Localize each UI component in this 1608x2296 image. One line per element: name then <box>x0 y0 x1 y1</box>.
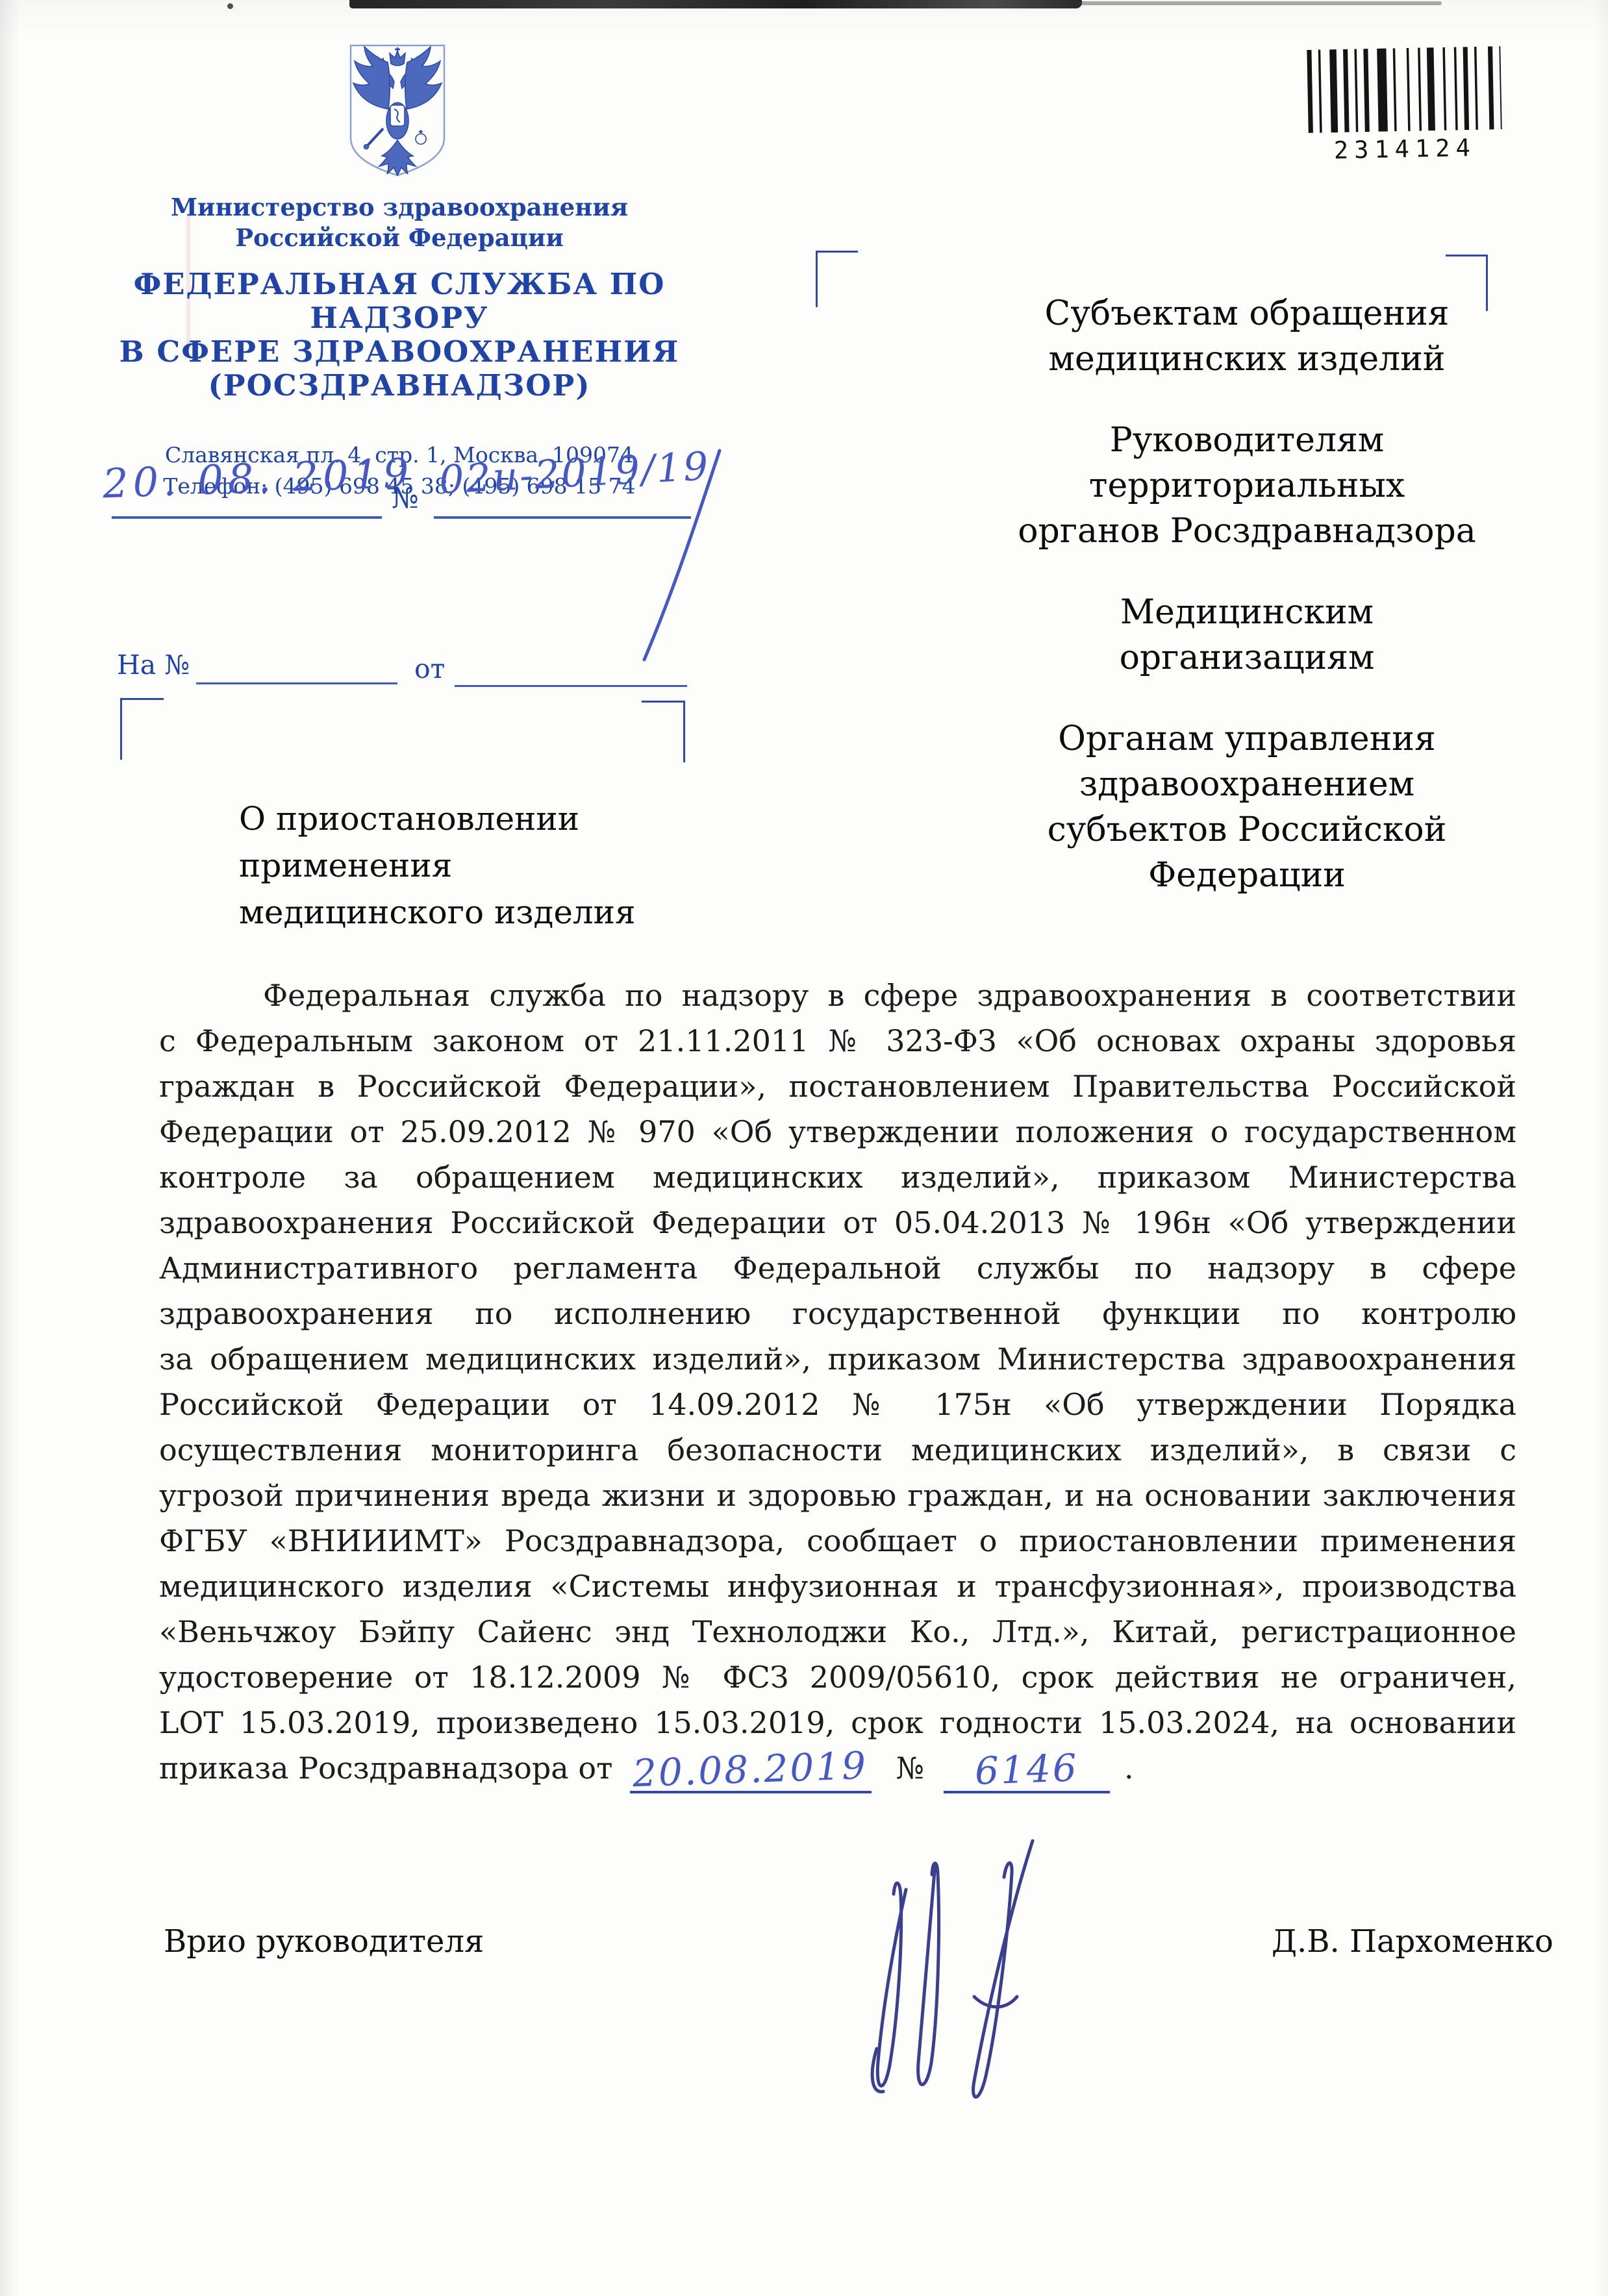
ministry-line: Министерство здравоохранения <box>97 192 701 223</box>
body-line: Федерации от 25.09.2012 № 970 «Об утверж… <box>159 1109 1516 1154</box>
scanned-letter-page: Министерство здравоохранения Российской … <box>0 0 1608 2296</box>
recipients-block: Субъектам обращения медицинских изделий … <box>961 291 1533 934</box>
subject-corner-mark-left <box>120 698 164 760</box>
recipient-group: Субъектам обращения медицинских изделий <box>961 291 1533 382</box>
ministry-line: Российской Федерации <box>97 223 701 253</box>
service-name-line: В СФЕРЕ ЗДРАВООХРАНЕНИЯ <box>97 335 701 369</box>
handwritten-order-date: 20.08.2019 <box>633 1747 869 1793</box>
handwritten-order-number-field: 6146 <box>944 1745 1110 1793</box>
subject-corner-mark-right <box>642 701 685 762</box>
recipient-line: Федерации <box>961 853 1533 898</box>
service-name-line: (РОСЗДРАВНАДЗОР) <box>97 369 701 403</box>
reply-from-label: от <box>414 653 445 684</box>
number-underline <box>434 516 691 519</box>
body-line: медицинского изделия «Системы инфузионна… <box>159 1564 1516 1609</box>
scan-artifact-band <box>349 0 1082 8</box>
recipient-line: территориальных <box>961 463 1533 508</box>
body-line: осуществления мониторинга безопасности м… <box>159 1427 1516 1473</box>
body-line: Административного регламента Федеральной… <box>159 1245 1516 1291</box>
reply-number-underline <box>196 682 397 684</box>
date-underline <box>112 516 382 519</box>
recipient-line: Руководителям <box>961 418 1533 463</box>
handwritten-order-date-field: 20.08.2019 <box>630 1745 872 1793</box>
body-paragraph: Федеральная служба по надзору в сфере зд… <box>159 973 1516 1793</box>
number-sign: № <box>392 482 419 515</box>
signer-name: Д.В. Пархоменко <box>1272 1923 1553 1960</box>
body-line: граждан в Российской Федерации», постано… <box>159 1064 1516 1109</box>
scan-speck <box>227 3 233 9</box>
reply-to-label: На № <box>117 649 190 680</box>
recipient-line: здравоохранением <box>961 762 1533 807</box>
recipient-group: Органам управления здравоохранением субъ… <box>961 716 1533 898</box>
recipient-line: органов Росздравнадзора <box>961 508 1533 554</box>
body-line: Федеральная служба по надзору в сфере зд… <box>159 973 1516 1018</box>
scan-artifact-line <box>1078 1 1442 5</box>
body-line: «Веньчжоу Бэйпу Сайенс энд Технолоджи Ко… <box>159 1609 1516 1654</box>
recipient-line: Субъектам обращения <box>961 291 1533 336</box>
body-line: контроле за обращением медицинских издел… <box>159 1154 1516 1200</box>
barcode-bars <box>1305 46 1501 133</box>
sentence-period: . <box>1124 1751 1134 1786</box>
reply-date-underline <box>455 685 687 687</box>
recipient-line: Медицинским <box>961 590 1533 635</box>
subject-line: медицинского изделия <box>239 889 733 936</box>
body-line: здравоохранения по исполнению государств… <box>159 1291 1516 1336</box>
body-line: LOT 15.03.2019, произведено 15.03.2019, … <box>159 1700 1516 1745</box>
number-sign: № <box>896 1751 925 1786</box>
recipient-corner-mark-left <box>816 251 858 307</box>
recipient-group: Медицинским организациям <box>961 590 1533 680</box>
signature-scrawl <box>838 1834 1085 2140</box>
body-line: за обращением медицинских изделий», прик… <box>159 1336 1516 1382</box>
body-line: удостоверение от 18.12.2009 № ФСЗ 2009/0… <box>159 1654 1516 1700</box>
recipient-group: Руководителям территориальных органов Ро… <box>961 418 1533 554</box>
barcode: 2314124 <box>1305 46 1502 165</box>
subject-block: О приостановлении применения медицинског… <box>239 795 733 936</box>
recipient-line: Органам управления <box>961 716 1533 762</box>
recipient-line: субъектов Российской <box>961 807 1533 853</box>
body-line: угрозой причинения вреда жизни и здоровь… <box>159 1473 1516 1518</box>
body-line: Российской Федерации от 14.09.2012 № 175… <box>159 1382 1516 1427</box>
body-last-line: приказа Росздравнадзора от20.08.2019№614… <box>159 1745 1516 1793</box>
handwritten-order-number: 6146 <box>974 1749 1079 1790</box>
order-prefix: приказа Росздравнадзора от <box>159 1751 613 1786</box>
barcode-number: 2314124 <box>1307 133 1503 165</box>
coat-of-arms-icon <box>345 42 449 181</box>
signer-title: Врио руководителя <box>164 1923 484 1960</box>
recipient-line: медицинских изделий <box>961 336 1533 382</box>
subject-line: О приостановлении применения <box>239 795 733 889</box>
body-line: здравоохранения Российской Федерации от … <box>159 1200 1516 1245</box>
body-line: с Федеральным законом от 21.11.2011 № 32… <box>159 1018 1516 1064</box>
body-line: ФГБУ «ВНИИИМТ» Росздравнадзора, сообщает… <box>159 1518 1516 1564</box>
service-name-line: ФЕДЕРАЛЬНАЯ СЛУЖБА ПО НАДЗОРУ <box>97 268 701 335</box>
recipient-line: организациям <box>961 635 1533 680</box>
